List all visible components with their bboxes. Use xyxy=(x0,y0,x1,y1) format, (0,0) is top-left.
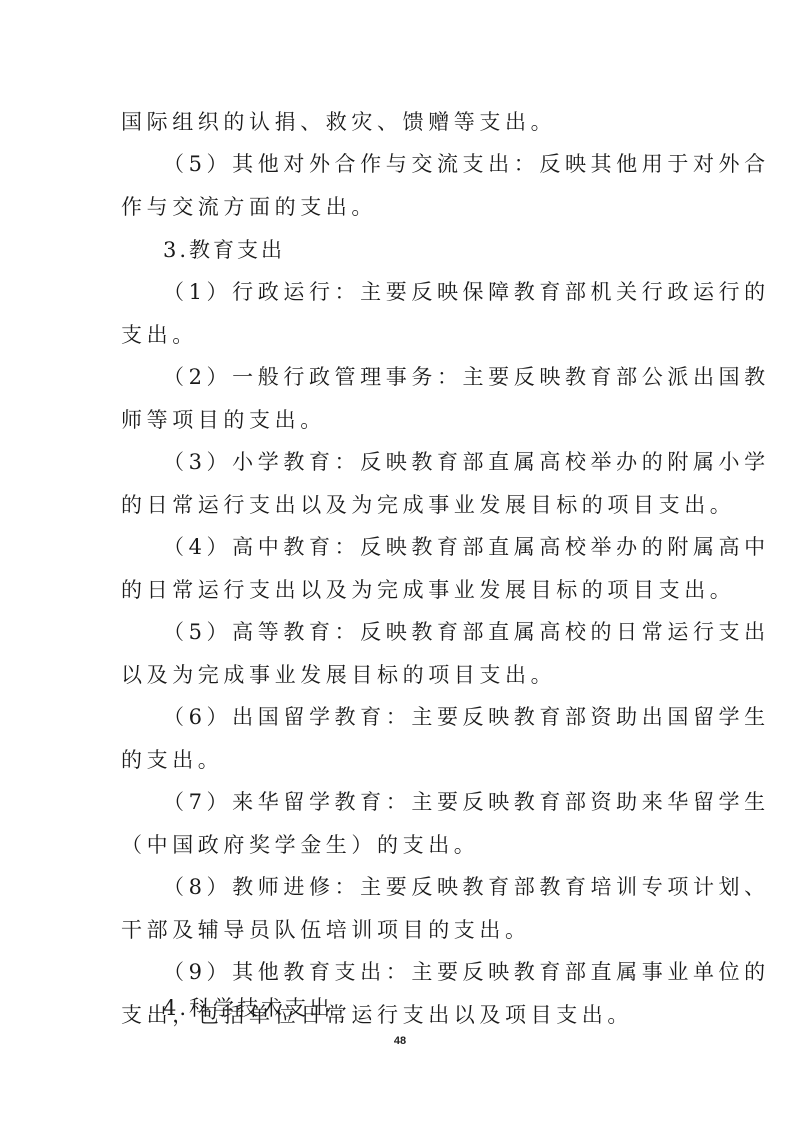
list-item-5-other-cooperation: （5）其他对外合作与交流支出：反映其他用于对外合 xyxy=(163,150,723,178)
text-line: 的日常运行支出以及为完成事业发展目标的项目支出。 xyxy=(121,576,681,604)
text-line: 干部及辅导员队伍培训项目的支出。 xyxy=(121,916,681,944)
list-item-1-admin-operation: （1）行政运行：主要反映保障教育部机关行政运行的 xyxy=(163,278,723,306)
list-item-4-high-school-education: （4）高中教育：反映教育部直属高校举办的附属高中 xyxy=(163,533,723,561)
section-heading-education: 3.教育支出 xyxy=(163,236,723,264)
document-page: 国际组织的认捐、救灾、馈赠等支出。 （5）其他对外合作与交流支出：反映其他用于对… xyxy=(0,0,800,1131)
page-number: 48 xyxy=(0,1035,800,1047)
text-line: 的日常运行支出以及为完成事业发展目标的项目支出。 xyxy=(121,491,681,519)
text-line: 以及为完成事业发展目标的项目支出。 xyxy=(121,661,681,689)
list-item-2-general-admin: （2）一般行政管理事务：主要反映教育部公派出国教 xyxy=(163,363,723,391)
section-heading-science: 4.科学技术支出 xyxy=(163,994,723,1022)
list-item-8-teacher-training: （8）教师进修：主要反映教育部教育培训专项计划、 xyxy=(163,873,723,901)
list-item-3-primary-education: （3）小学教育：反映教育部直属高校举办的附属小学 xyxy=(163,448,723,476)
list-item-6-study-abroad: （6）出国留学教育：主要反映教育部资助出国留学生 xyxy=(163,703,723,731)
text-line: 支出。 xyxy=(121,321,681,349)
text-line: 国际组织的认捐、救灾、馈赠等支出。 xyxy=(121,108,681,136)
list-item-7-intl-students: （7）来华留学教育：主要反映教育部资助来华留学生 xyxy=(163,788,723,816)
text-line: 作与交流方面的支出。 xyxy=(121,193,681,221)
list-item-5-higher-education: （5）高等教育：反映教育部直属高校的日常运行支出 xyxy=(163,618,723,646)
text-line: （中国政府奖学金生）的支出。 xyxy=(121,831,681,859)
text-line: 的支出。 xyxy=(121,746,681,774)
list-item-9-other-education: （9）其他教育支出：主要反映教育部直属事业单位的 xyxy=(163,958,723,986)
text-line: 师等项目的支出。 xyxy=(121,406,681,434)
